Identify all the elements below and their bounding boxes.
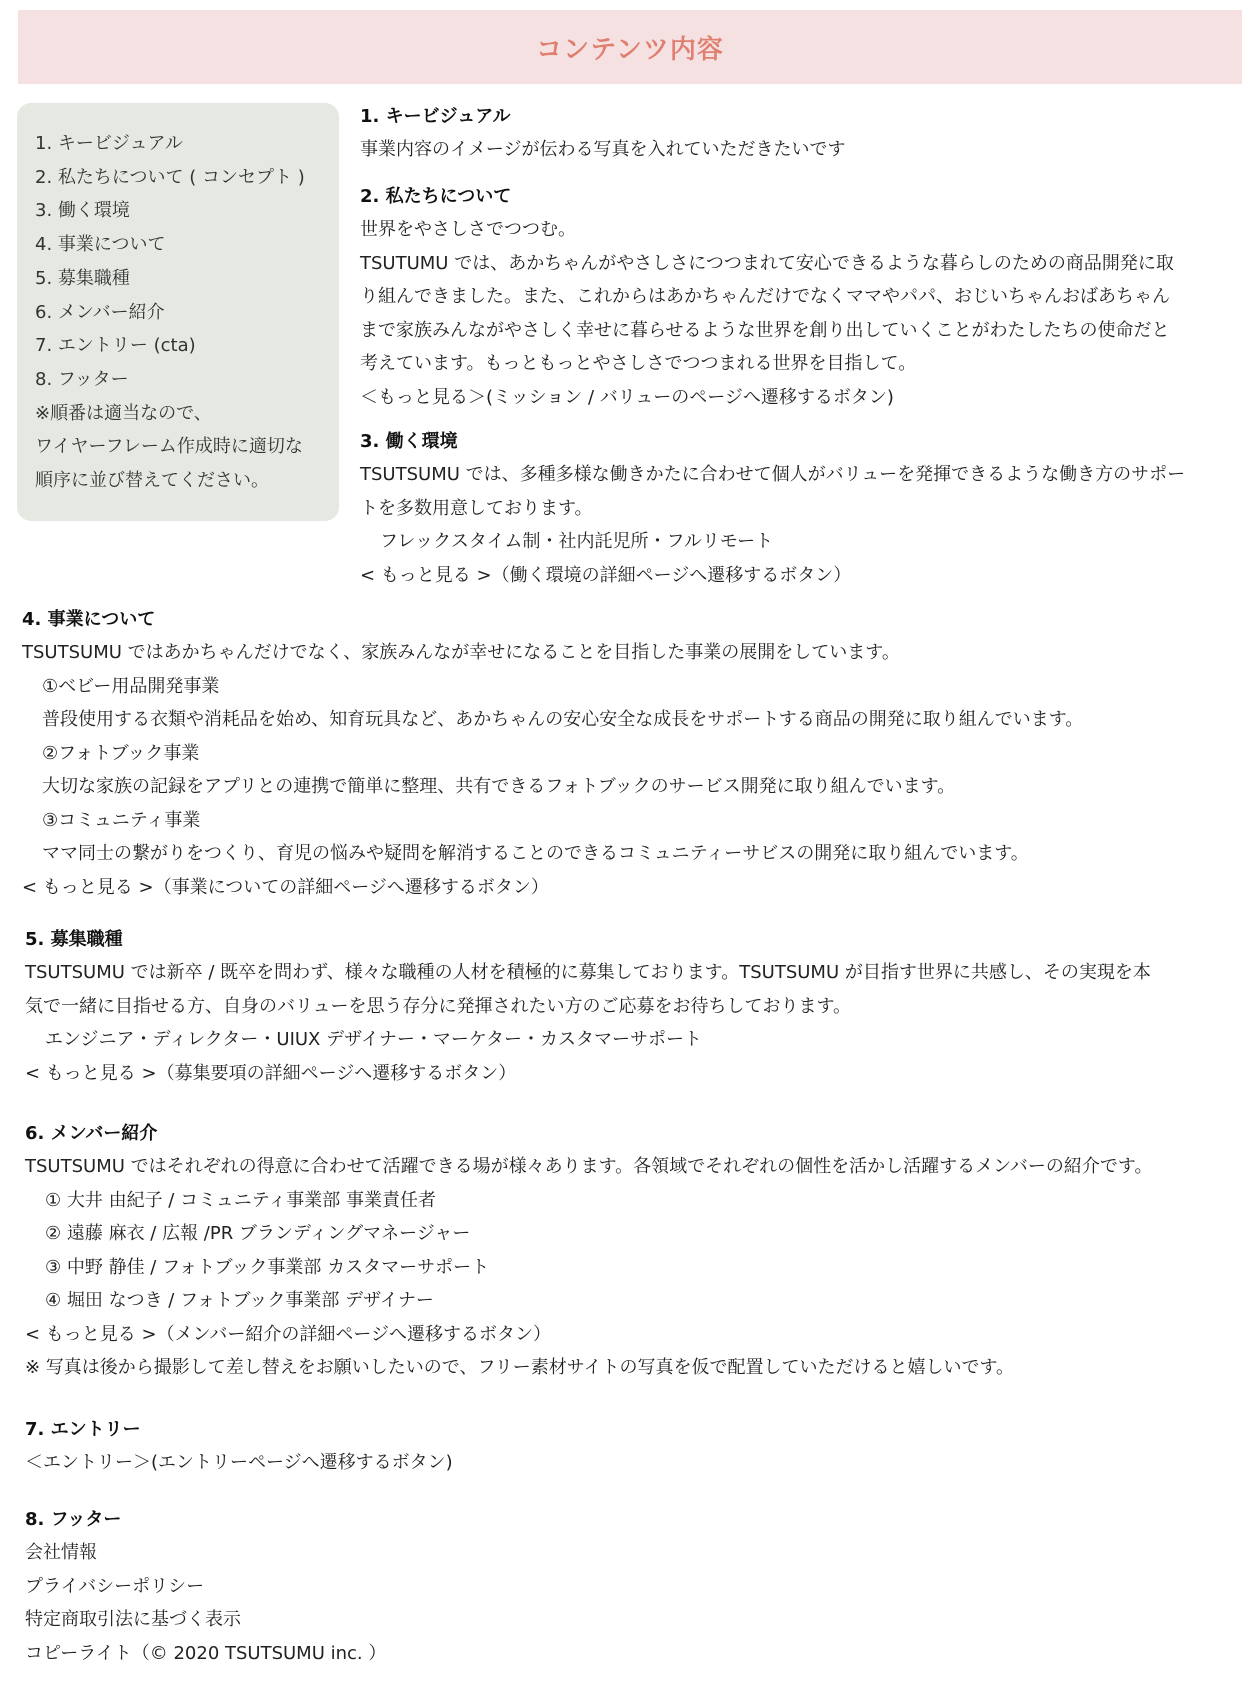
toc-item: 3. 働く環境 bbox=[35, 194, 339, 228]
section-text: TSUTSUMU では新卒 / 既卒を問わず、様々な職種の人材を積極的に募集して… bbox=[25, 956, 1151, 990]
section-title: 5. 募集職種 bbox=[25, 923, 1151, 956]
more-button-note: < もっと見る >（メンバー紹介の詳細ページへ遷移するボタン） bbox=[25, 1318, 1152, 1352]
toc-note: ※順番は適当なので、 bbox=[35, 397, 339, 431]
section-text: トを多数用意しております。 bbox=[360, 492, 1185, 526]
section-footer: 8. フッター 会社情報 プライバシーポリシー 特定商取引法に基づく表示 コピー… bbox=[25, 1503, 386, 1670]
section-about: 2. 私たちについて 世界をやさしさでつつむ。 TSUTUMU では、あかちゃん… bbox=[360, 180, 1174, 414]
section-title: 1. キービジュアル bbox=[360, 100, 845, 133]
business-item-name: ①ベビー用品開発事業 bbox=[22, 670, 1083, 704]
section-title: 8. フッター bbox=[25, 1503, 386, 1536]
more-button-note: < もっと見る >（募集要項の詳細ページへ遷移するボタン） bbox=[25, 1057, 1151, 1091]
toc-item: 7. エントリー (cta) bbox=[35, 329, 339, 363]
toc-item: 4. 事業について bbox=[35, 228, 339, 262]
member-item: ① 大井 由紀子 / コミュニティ事業部 事業責任者 bbox=[25, 1184, 1152, 1218]
business-item-desc: 普段使用する衣類や消耗品を始め、知育玩具など、あかちゃんの安心安全な成長をサポー… bbox=[22, 703, 1083, 737]
section-title: 3. 働く環境 bbox=[360, 425, 1185, 458]
job-roles: エンジニア・ディレクター・UIUX デザイナー・マーケター・カスタマーサポート bbox=[25, 1023, 1151, 1057]
footer-item: 特定商取引法に基づく表示 bbox=[25, 1603, 386, 1637]
more-button-note: < もっと見る >（働く環境の詳細ページへ遷移するボタン） bbox=[360, 559, 1185, 593]
toc-item: 6. メンバー紹介 bbox=[35, 296, 339, 330]
member-item: ③ 中野 静佳 / フォトブック事業部 カスタマーサポート bbox=[25, 1251, 1152, 1285]
member-item: ② 遠藤 麻衣 / 広報 /PR ブランディングマネージャー bbox=[25, 1217, 1152, 1251]
page-header: コンテンツ内容 bbox=[18, 10, 1242, 84]
photo-note: ※ 写真は後から撮影して差し替えをお願いしたいので、フリー素材サイトの写真を仮で… bbox=[25, 1351, 1152, 1385]
section-text: TSUTSUMU ではあかちゃんだけでなく、家族みんなが幸せになることを目指した… bbox=[22, 636, 1083, 670]
section-text: 考えています。もっともっとやさしさでつつまれる世界を目指して。 bbox=[360, 347, 1174, 381]
footer-item: コピーライト（© 2020 TSUTSUMU inc. ） bbox=[25, 1637, 386, 1671]
toc-note: ワイヤーフレーム作成時に適切な bbox=[35, 430, 339, 464]
section-text: TSUTUMU では、あかちゃんがやさしさにつつまれて安心できるような暮らしのた… bbox=[360, 247, 1174, 281]
section-title: 6. メンバー紹介 bbox=[25, 1117, 1152, 1150]
section-text: TSUTSUMU ではそれぞれの得意に合わせて活躍できる場が様々あります。各領域… bbox=[25, 1150, 1152, 1184]
toc-item: 1. キービジュアル bbox=[35, 127, 339, 161]
member-item: ④ 堀田 なつき / フォトブック事業部 デザイナー bbox=[25, 1284, 1152, 1318]
section-text: TSUTSUMU では、多種多様な働きかたに合わせて個人がバリューを発揮できるよ… bbox=[360, 458, 1185, 492]
section-environment: 3. 働く環境 TSUTSUMU では、多種多様な働きかたに合わせて個人がバリュ… bbox=[360, 425, 1185, 592]
section-key-visual: 1. キービジュアル 事業内容のイメージが伝わる写真を入れていただきたいです bbox=[360, 100, 845, 167]
section-text: 気で一緒に目指せる方、自身のバリューを思う存分に発揮されたい方のご応募をお待ちし… bbox=[25, 990, 1151, 1024]
toc-item: 8. フッター bbox=[35, 363, 339, 397]
section-title: 7. エントリー bbox=[25, 1413, 453, 1446]
business-item-name: ②フォトブック事業 bbox=[22, 737, 1083, 771]
table-of-contents: 1. キービジュアル 2. 私たちについて ( コンセプト ) 3. 働く環境 … bbox=[17, 103, 339, 521]
section-entry: 7. エントリー ＜エントリー＞(エントリーページへ遷移するボタン) bbox=[25, 1413, 453, 1480]
business-item-desc: 大切な家族の記録をアプリとの連携で簡単に整理、共有できるフォトブックのサービス開… bbox=[22, 770, 1083, 804]
entry-button-note: ＜エントリー＞(エントリーページへ遷移するボタン) bbox=[25, 1446, 453, 1480]
section-title: 2. 私たちについて bbox=[360, 180, 1174, 213]
business-item-name: ③コミュニティ事業 bbox=[22, 804, 1083, 838]
section-text: り組んできました。また、これからはあかちゃんだけでなくママやパパ、おじいちゃんお… bbox=[360, 280, 1174, 314]
section-text: まで家族みんながやさしく幸せに暮らせるような世界を創り出していくことがわたしたち… bbox=[360, 314, 1174, 348]
section-text: 事業内容のイメージが伝わる写真を入れていただきたいです bbox=[360, 133, 845, 167]
page-title: コンテンツ内容 bbox=[536, 29, 724, 66]
business-item-desc: ママ同士の繋がりをつくり、育児の悩みや疑問を解消することのできるコミュニティーサ… bbox=[22, 837, 1083, 871]
footer-item: 会社情報 bbox=[25, 1536, 386, 1570]
footer-item: プライバシーポリシー bbox=[25, 1570, 386, 1604]
more-button-note: < もっと見る >（事業についての詳細ページへ遷移するボタン） bbox=[22, 871, 1083, 905]
toc-item: 5. 募集職種 bbox=[35, 262, 339, 296]
section-text: 世界をやさしさでつつむ。 bbox=[360, 213, 1174, 247]
toc-note: 順序に並び替えてください。 bbox=[35, 464, 339, 498]
environment-features: フレックスタイム制・社内託児所・フルリモート bbox=[360, 525, 1185, 559]
section-business: 4. 事業について TSUTSUMU ではあかちゃんだけでなく、家族みんなが幸せ… bbox=[22, 603, 1083, 904]
toc-item: 2. 私たちについて ( コンセプト ) bbox=[35, 161, 339, 195]
section-jobs: 5. 募集職種 TSUTSUMU では新卒 / 既卒を問わず、様々な職種の人材を… bbox=[25, 923, 1151, 1090]
more-button-note: ＜もっと見る＞(ミッション / バリューのページへ遷移するボタン) bbox=[360, 381, 1174, 415]
section-members: 6. メンバー紹介 TSUTSUMU ではそれぞれの得意に合わせて活躍できる場が… bbox=[25, 1117, 1152, 1385]
section-title: 4. 事業について bbox=[22, 603, 1083, 636]
